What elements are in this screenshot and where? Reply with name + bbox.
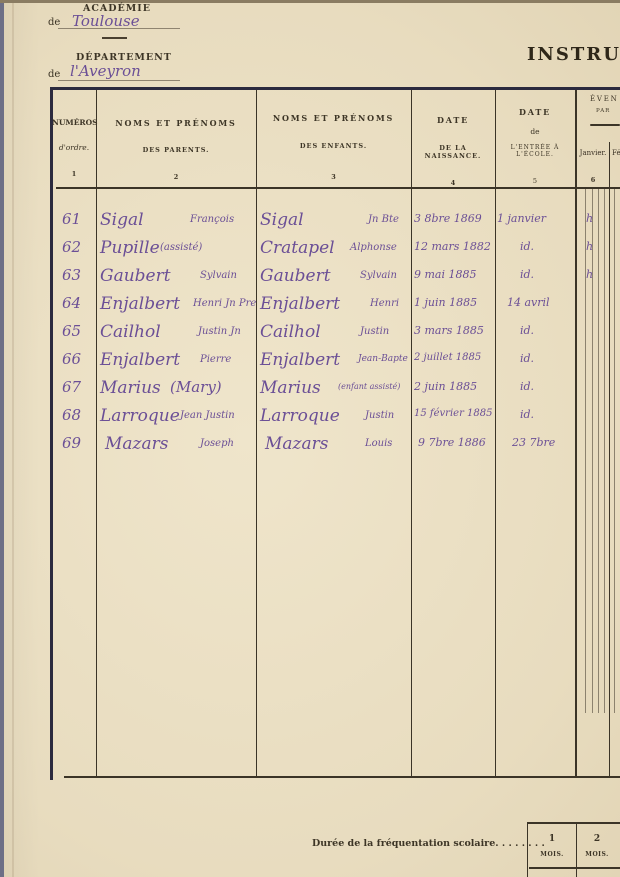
row-number: 68 [62, 406, 81, 424]
col-header-sub: DES PARENTS. [96, 146, 256, 154]
col-header-top: ÉVEN [590, 95, 620, 103]
page-left-edge [0, 0, 4, 877]
attendance-month-1-number: 1 [528, 834, 576, 844]
parent-surname: Gaubert [100, 266, 171, 286]
col-header-top: NOMS ET PRÉNOMS [96, 118, 256, 128]
col-header-number: 4 [411, 179, 495, 187]
col-header-birthdate: DATE DE LA NAISSANCE. 4 [411, 115, 495, 187]
row-number: 66 [62, 350, 81, 368]
col-header-janvier: Janvier. [578, 149, 608, 157]
col-divider-5 [575, 90, 577, 777]
entry-date: id. [520, 408, 534, 421]
birth-date: 1 juin 1885 [414, 296, 477, 309]
col-header-top: NUMÉROS [52, 118, 96, 127]
col-header-sub: L'ENTRÉE À L'ÉCOLE. [495, 144, 575, 158]
attendance-cell-divider [527, 822, 528, 877]
col-header-top: DATE [495, 107, 575, 117]
parent-surname: Enjalbert [100, 350, 180, 370]
col-divider-4 [495, 90, 496, 777]
birth-date: 15 février 1885 [414, 408, 492, 419]
january-mark: h [586, 212, 593, 225]
col-header-top: DATE [411, 115, 495, 125]
birth-date: 9 7bre 1886 [418, 436, 486, 449]
child-surname: Cratapel [260, 238, 335, 258]
entry-date: id. [520, 324, 534, 337]
child-given: Justin [360, 326, 389, 337]
attendance-month-1-unit: MOIS. [528, 851, 576, 858]
january-mark: h [586, 240, 593, 253]
col-header-fevrier: Fé [612, 149, 620, 157]
child-given: Sylvain [360, 270, 397, 281]
col-divider-3 [411, 90, 412, 777]
col-header-entrydate: DATE de L'ENTRÉE À L'ÉCOLE. 5 [495, 107, 575, 185]
departement-underline [58, 80, 180, 81]
attendance-grid-rule [529, 867, 620, 869]
birth-date: 3 8bre 1869 [414, 212, 482, 225]
academie-value: Toulouse [72, 12, 140, 30]
parent-given: Sylvain [200, 270, 237, 281]
row-number: 62 [62, 238, 81, 256]
child-surname: Sigal [260, 210, 304, 230]
row-number: 65 [62, 322, 81, 340]
parent-given: (Mary) [170, 378, 222, 396]
col-header-events: ÉVEN PAR [590, 95, 620, 114]
sub-col-line [592, 188, 593, 713]
header-divider [102, 37, 127, 39]
col-divider-2 [256, 90, 257, 777]
entry-date: id. [520, 352, 534, 365]
sub-col-line [614, 188, 615, 713]
col-header-sub: DE LA NAISSANCE. [411, 144, 495, 160]
parent-given: Joseph [200, 438, 234, 449]
col-header-number: 1 [52, 170, 96, 178]
parent-surname: Cailhol [100, 322, 161, 342]
sub-col-line [604, 188, 605, 713]
row-number: 61 [62, 210, 81, 228]
january-mark: h [586, 268, 593, 281]
attendance-duration-label: Durée de la fréquentation scolaire. . . … [312, 838, 545, 849]
child-given: Louis [365, 438, 392, 449]
birth-date: 3 mars 1885 [414, 324, 484, 337]
row-number: 67 [62, 378, 81, 396]
parent-given: Henri Jn Pre [193, 298, 256, 309]
parent-surname: Sigal [100, 210, 144, 230]
child-given: (enfant assisté) [338, 382, 400, 391]
row-number: 63 [62, 266, 81, 284]
col-header-sub: d'ordre. [52, 143, 96, 152]
parent-surname: Marius [100, 378, 161, 398]
parent-given: François [190, 214, 234, 225]
parent-surname: Pupille [100, 238, 160, 258]
page-fold [12, 0, 14, 877]
sub-col-line [598, 188, 599, 713]
col-header-number: 5 [495, 177, 575, 185]
entry-date: id. [520, 240, 534, 253]
row-number: 69 [62, 434, 81, 452]
sub-col-line [585, 188, 586, 713]
parent-given: Jean Justin [180, 410, 235, 421]
child-given: Jean-Bapte [358, 354, 408, 364]
col-header-number: 2 [96, 173, 256, 181]
entry-date: id. [520, 380, 534, 393]
col-header-numeros: NUMÉROS d'ordre. 1 [52, 118, 96, 178]
departement-prefix: de [48, 69, 60, 80]
col-header-sub: PAR [596, 108, 620, 114]
child-surname: Cailhol [260, 322, 321, 342]
col-header-number-6: 6 [578, 176, 608, 184]
parent-given: Justin Jn [198, 326, 241, 337]
col-header-top: NOMS ET PRÉNOMS [256, 113, 411, 123]
child-surname: Enjalbert [260, 350, 340, 370]
col-header-children: NOMS ET PRÉNOMS DES ENFANTS. 3 [256, 113, 411, 181]
entry-date: 23 7bre [512, 436, 555, 449]
child-given: Alphonse [350, 242, 397, 253]
even-under-rule [590, 124, 620, 126]
parent-surname: Mazars [105, 434, 168, 454]
parent-given: (assisté) [160, 242, 202, 253]
table-bottom-rule [64, 776, 620, 778]
birth-date: 12 mars 1882 [414, 240, 491, 253]
col-header-de: de [495, 127, 575, 136]
entry-date: 1 janvier [497, 212, 546, 225]
academie-prefix: de [48, 17, 60, 28]
parent-surname: Enjalbert [100, 294, 180, 314]
col-header-parents: NOMS ET PRÉNOMS DES PARENTS. 2 [96, 118, 256, 181]
child-surname: Enjalbert [260, 294, 340, 314]
birth-date: 9 mai 1885 [414, 268, 477, 281]
page-title: INSTRU [527, 44, 620, 65]
child-surname: Mazars [265, 434, 328, 454]
birth-date: 2 juillet 1885 [414, 352, 481, 363]
child-surname: Marius [260, 378, 321, 398]
parent-surname: Larroque [100, 406, 180, 426]
col-divider-1 [96, 90, 97, 777]
attendance-month-2-number: 2 [577, 834, 617, 844]
departement-value: l'Aveyron [70, 62, 141, 80]
child-surname: Larroque [260, 406, 340, 426]
col-header-number: 3 [256, 173, 411, 181]
entry-date: 14 avril [507, 296, 550, 309]
child-given: Henri [370, 298, 399, 309]
attendance-month-2-unit: MOIS. [577, 851, 617, 858]
child-surname: Gaubert [260, 266, 331, 286]
col-header-sub: DES ENFANTS. [256, 142, 411, 150]
col-divider-6 [609, 142, 610, 777]
child-given: Jn Bte [368, 214, 399, 225]
header-bottom-rule [56, 187, 620, 189]
row-number: 64 [62, 294, 81, 312]
birth-date: 2 juin 1885 [414, 380, 477, 393]
child-given: Justin [365, 410, 394, 421]
entry-date: id. [520, 268, 534, 281]
parent-given: Pierre [200, 354, 231, 365]
